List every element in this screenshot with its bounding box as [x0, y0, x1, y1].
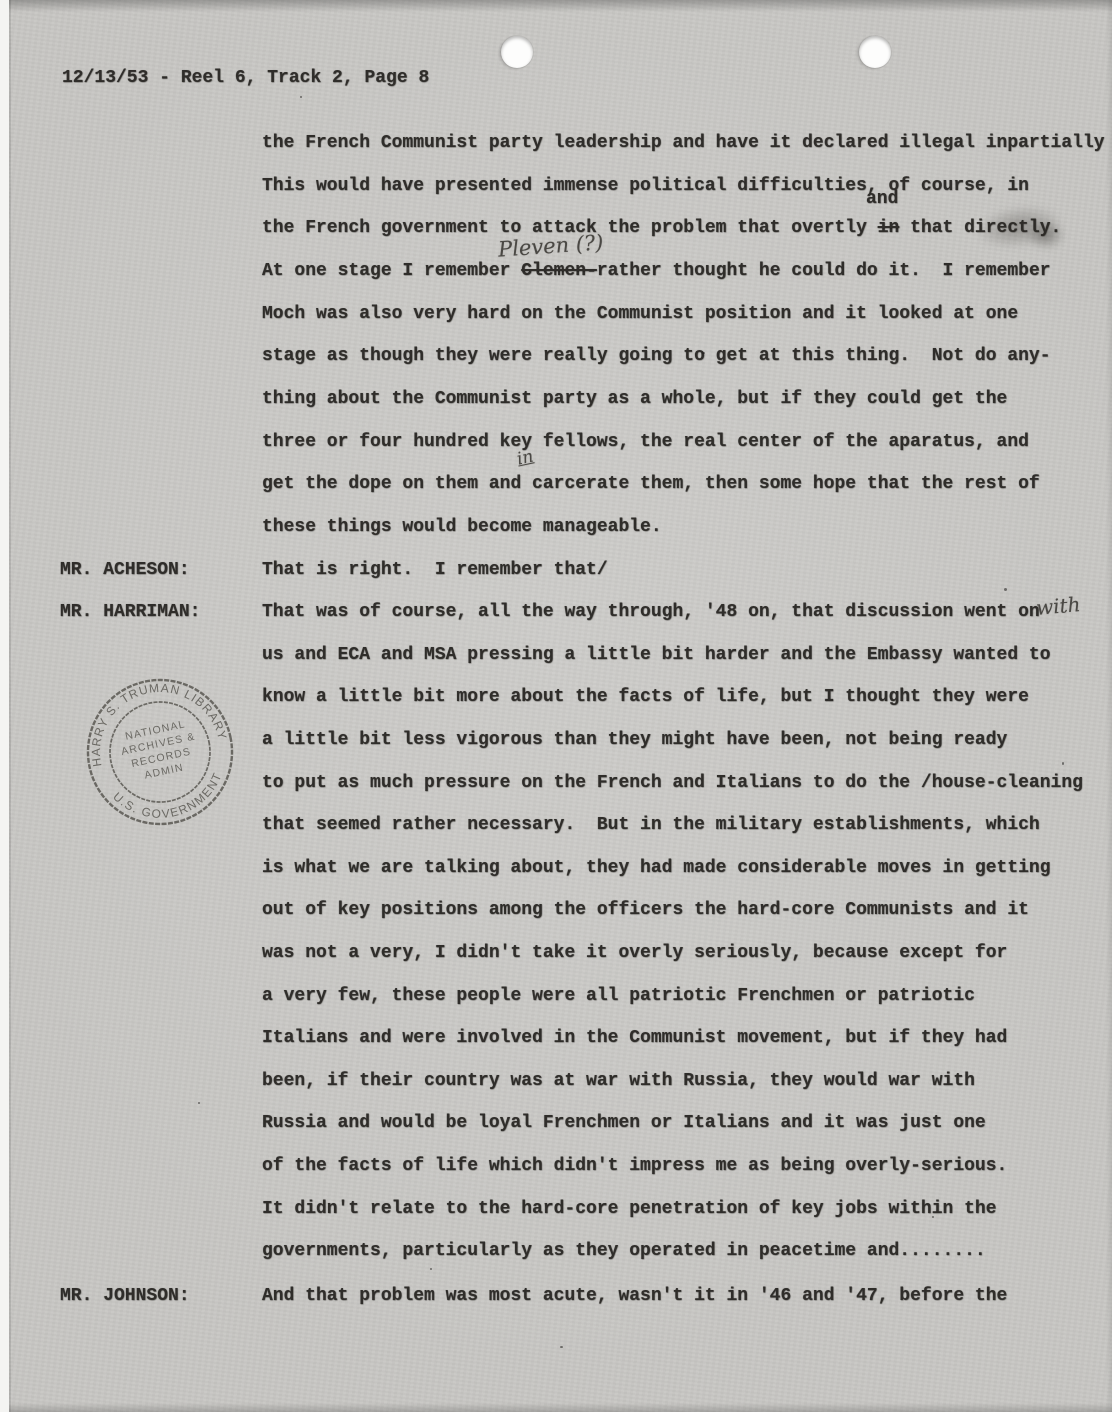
line-text: of the facts of life which didn't impres…	[262, 1156, 1007, 1176]
transcript-line: was not a very, I didn't take it overly …	[0, 943, 1112, 967]
struck-text: Clemen-	[521, 261, 597, 281]
struck-text: in	[878, 218, 900, 238]
line-text: At one stage I remember Clemen-rather th…	[262, 261, 1051, 281]
stamp-ring-text-bottom: U.S. GOVERNMENT	[109, 767, 232, 828]
line-text: a little bit less vigorous than they mig…	[262, 730, 1007, 750]
transcript-line: stage as though they were really going t…	[0, 346, 1112, 370]
line-text: It didn't relate to the hard-core penetr…	[262, 1199, 997, 1219]
paper-speck	[560, 1346, 563, 1348]
line-text: that seemed rather necessary. But in the…	[262, 815, 1040, 835]
line-text: a very few, these people were all patrio…	[262, 986, 975, 1006]
transcript-line: a very few, these people were all patrio…	[0, 986, 1112, 1010]
transcript-line: is what we are talking about, they had m…	[0, 858, 1112, 882]
line-text: know a little bit more about the facts o…	[262, 687, 1029, 707]
hole-punch-left	[501, 36, 533, 68]
line-text: the French government to attack the prob…	[262, 218, 1061, 238]
transcript-line: been, if their country was at war with R…	[0, 1071, 1112, 1095]
scan-edge-top	[0, 0, 1112, 12]
transcript-line: MR. ACHESON:That is right. I remember th…	[0, 560, 1112, 584]
line-text: This would have presented immense politi…	[262, 176, 1029, 196]
line-text: stage as though they were really going t…	[262, 346, 1051, 366]
transcript-line: of the facts of life which didn't impres…	[0, 1156, 1112, 1180]
line-text: Moch was also very hard on the Communist…	[262, 304, 1018, 324]
line-text: And that problem was most acute, wasn't …	[262, 1286, 1007, 1306]
line-text: is what we are talking about, they had m…	[262, 858, 1051, 878]
line-text: us and ECA and MSA pressing a little bit…	[262, 645, 1051, 665]
line-text: to put as much pressure on the French an…	[262, 773, 1083, 793]
paper-speck	[198, 1102, 200, 1104]
line-text: Italians and were involved in the Commun…	[262, 1028, 1007, 1048]
line-text: governments, particularly as they operat…	[262, 1241, 986, 1261]
transcript-line: the French Communist party leadership an…	[0, 133, 1112, 157]
scan-edge-bottom	[0, 1403, 1112, 1412]
paper-speck	[702, 352, 705, 354]
transcript-line: us and ECA and MSA pressing a little bit…	[0, 645, 1112, 669]
line-text: get the dope on them and carcerate them,…	[262, 474, 1040, 494]
paper-speck	[1062, 762, 1064, 765]
line-text: thing about the Communist party as a who…	[262, 389, 1007, 409]
transcript-line: governments, particularly as they operat…	[0, 1241, 1112, 1265]
transcript-line: Russia and would be loyal Frenchmen or I…	[0, 1113, 1112, 1137]
paper-speck	[1004, 588, 1007, 591]
line-text: been, if their country was at war with R…	[262, 1071, 975, 1091]
archive-stamp: HARRY S. TRUMAN LIBRARY U.S. GOVERNMENT …	[84, 676, 236, 828]
paper-speck	[430, 1268, 432, 1270]
transcript-line: these things would become manageable.	[0, 517, 1112, 541]
transcript-line: It didn't relate to the hard-core penetr…	[0, 1199, 1112, 1223]
line-text: That was of course, all the way through,…	[262, 602, 1040, 622]
page-header: 12/13/53 - Reel 6, Track 2, Page 8	[62, 68, 429, 88]
ink-smudge	[1026, 220, 1066, 250]
line-text: That is right. I remember that/	[262, 560, 608, 580]
line-text: the French Communist party leadership an…	[262, 133, 1105, 153]
transcript-line: Italians and were involved in the Commun…	[0, 1028, 1112, 1052]
speaker-label: MR. HARRIMAN:	[60, 602, 200, 622]
line-text: these things would become manageable.	[262, 517, 662, 537]
line-text: was not a very, I didn't take it overly …	[262, 943, 1007, 963]
hole-punch-right	[859, 36, 891, 68]
transcript-line: This would have presented immense politi…	[0, 176, 1112, 200]
paper-speck	[932, 1216, 934, 1218]
typed-insertion-and: and	[866, 189, 898, 209]
transcript-line: three or four hundred key fellows, the r…	[0, 432, 1112, 456]
speaker-label: MR. JOHNSON:	[60, 1286, 190, 1306]
transcript-line: MR. JOHNSON:And that problem was most ac…	[0, 1286, 1112, 1310]
transcript-line: thing about the Communist party as a who…	[0, 389, 1112, 413]
line-text: Russia and would be loyal Frenchmen or I…	[262, 1113, 986, 1133]
line-text: out of key positions among the officers …	[262, 900, 1029, 920]
transcript-line: get the dope on them and carcerate them,…	[0, 474, 1112, 498]
scanned-document-page: 12/13/53 - Reel 6, Track 2, Page 8 the F…	[0, 0, 1112, 1412]
transcript-line: At one stage I remember Clemen-rather th…	[0, 261, 1112, 285]
transcript-line: Moch was also very hard on the Communist…	[0, 304, 1112, 328]
transcript-line: out of key positions among the officers …	[0, 900, 1112, 924]
line-text: three or four hundred key fellows, the r…	[262, 432, 1029, 452]
paper-speck	[300, 96, 302, 98]
speaker-label: MR. ACHESON:	[60, 560, 190, 580]
transcript-line: MR. HARRIMAN:That was of course, all the…	[0, 602, 1112, 626]
handwritten-note-with: with	[1035, 592, 1081, 620]
